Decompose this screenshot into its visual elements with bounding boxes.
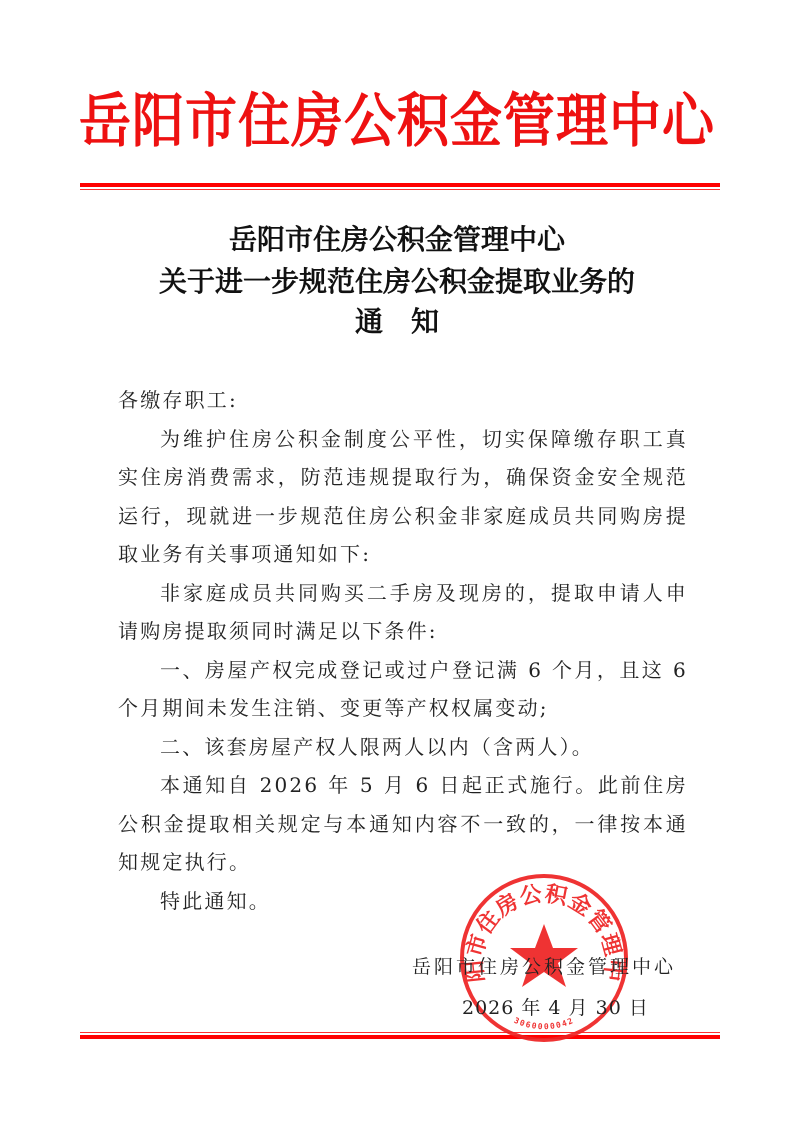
salutation: 各缴存职工:	[118, 381, 688, 420]
letterhead-rule-thick	[80, 183, 720, 187]
letterhead-org-name: 岳阳市住房公积金管理中心	[0, 86, 794, 158]
signature-date: 2026 年 4 月 30 日	[462, 993, 649, 1020]
document-title-line1: 岳阳市住房公积金管理中心	[0, 222, 794, 258]
paragraph-condition-1: 一、房屋产权完成登记或过户登记满 6 个月，且这 6 个月期间未发生注销、变更等…	[118, 651, 688, 728]
letterhead-rule-thin	[80, 189, 720, 190]
paragraph-intro: 为维护住房公积金制度公平性，切实保障缴存职工真实住房消费需求，防范违规提取行为，…	[118, 420, 688, 574]
paragraph-condition-2: 二、该套房屋产权人限两人以内（含两人）。	[118, 728, 688, 767]
document-title-line2: 关于进一步规范住房公积金提取业务的	[0, 264, 794, 300]
document-title-line3: 通知	[0, 304, 794, 340]
paragraph-effective-date: 本通知自 2026 年 5 月 6 日起正式施行。此前住房公积金提取相关规定与本…	[118, 766, 688, 882]
signer-org: 岳阳市住房公积金管理中心	[412, 952, 676, 979]
paragraph-conditions-lead: 非家庭成员共同购买二手房及现房的，提取申请人申请购房提取须同时满足以下条件:	[118, 574, 688, 651]
document-body: 各缴存职工: 为维护住房公积金制度公平性，切实保障缴存职工真实住房消费需求，防范…	[118, 381, 688, 920]
